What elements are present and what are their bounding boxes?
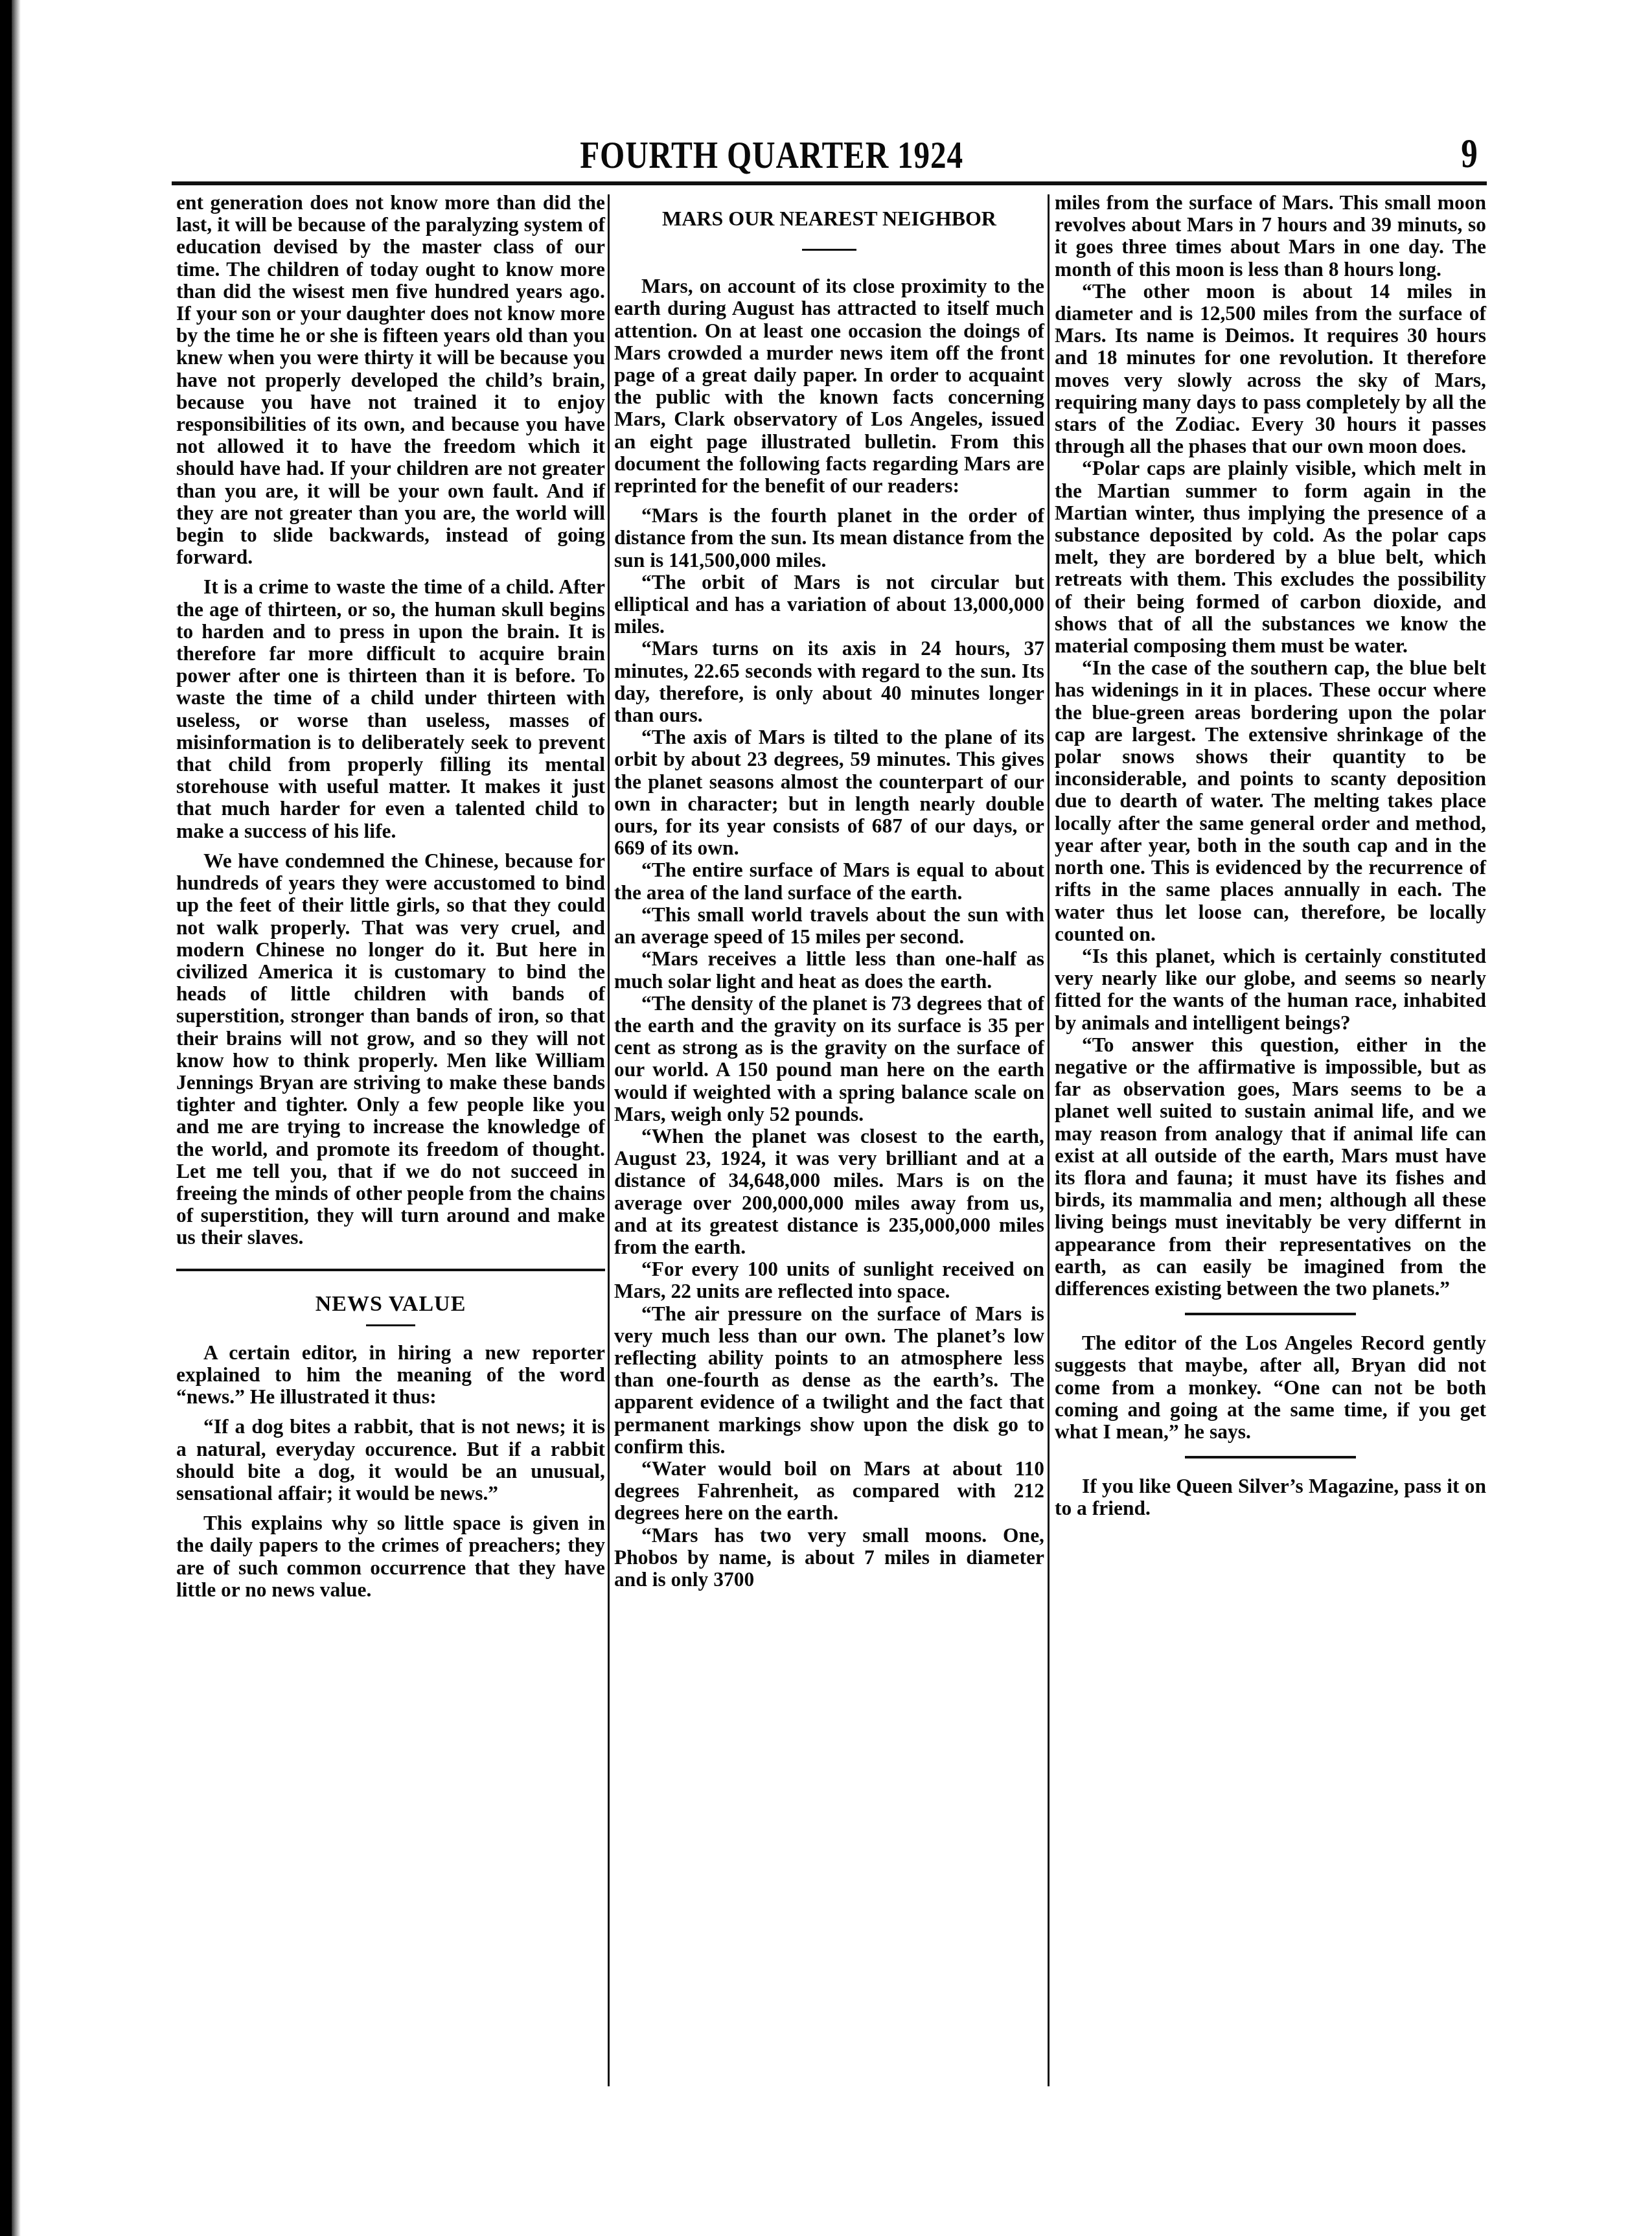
mars-article-title: MARS OUR NEAREST NEIGHBOR xyxy=(614,207,1044,229)
mars-fact: “When the planet was closest to the eart… xyxy=(614,1125,1044,1258)
page-number: 9 xyxy=(1461,130,1478,178)
mars-fact: “The air pressure on the surface of Mars… xyxy=(614,1303,1044,1458)
continued-paragraph: ent generation does not know more than d… xyxy=(176,192,605,568)
mars-fact: “Mars receives a little less than one-ha… xyxy=(614,948,1044,992)
scan-edge-shadow xyxy=(0,0,12,2236)
news-value-paragraph: “If a dog bites a rabbit, that is not ne… xyxy=(176,1416,605,1504)
mars-intro: Mars, on account of its close proximity … xyxy=(614,275,1044,497)
mars-fact: “This small world travels about the sun … xyxy=(614,904,1044,948)
mars-fact: “Mars turns on its axis in 24 hours, 37 … xyxy=(614,638,1044,726)
column-3: miles from the surface of Mars. This sma… xyxy=(1055,192,1486,1520)
mars-fact: “For every 100 units of sunlight receive… xyxy=(614,1258,1044,1302)
mars-fact: “To answer this question, either in the … xyxy=(1055,1034,1486,1300)
mars-fact: “Polar caps are plainly visible, which m… xyxy=(1055,457,1486,657)
news-value-title: NEWS VALUE xyxy=(176,1293,605,1315)
paragraph: We have condemned the Chinese, because f… xyxy=(176,850,605,1249)
column-2: MARS OUR NEAREST NEIGHBOR Mars, on accou… xyxy=(614,192,1044,1591)
mars-fact: “Mars has two very small moons. One, Pho… xyxy=(614,1525,1044,1591)
section-divider xyxy=(1185,1456,1356,1458)
column-divider-1 xyxy=(608,194,610,2086)
mars-fact: “In the case of the southern cap, the bl… xyxy=(1055,657,1486,945)
column-1: ent generation does not know more than d… xyxy=(176,192,605,1601)
mars-fact: “The entire surface of Mars is equal to … xyxy=(614,859,1044,903)
closing-note: If you like Queen Silver’s Magazine, pas… xyxy=(1055,1475,1486,1519)
scan-edge-fade xyxy=(12,0,21,2236)
section-divider xyxy=(1185,1313,1356,1315)
mars-fact: “The density of the planet is 73 degrees… xyxy=(614,993,1044,1125)
mars-fact: “The orbit of Mars is not circular but e… xyxy=(614,571,1044,638)
paragraph: It is a crime to waste the time of a chi… xyxy=(176,576,605,842)
news-value-paragraph: This explains why so little space is giv… xyxy=(176,1512,605,1601)
mars-fact: “Is this planet, which is certainly cons… xyxy=(1055,945,1486,1034)
page-header-title: FOURTH QUARTER 1924 xyxy=(134,133,1489,178)
mars-fact: “Water would boil on Mars at about 110 d… xyxy=(614,1458,1044,1525)
section-divider xyxy=(176,1269,605,1271)
header-title-text: FOURTH QUARTER 1924 xyxy=(580,133,963,178)
bryan-note: The editor of the Los Angeles Record gen… xyxy=(1055,1332,1486,1443)
mars-fact: “The other moon is about 14 miles in dia… xyxy=(1055,281,1486,458)
mars-continued: miles from the surface of Mars. This sma… xyxy=(1055,192,1486,281)
mars-fact: “Mars is the fourth planet in the order … xyxy=(614,505,1044,571)
column-divider-2 xyxy=(1048,194,1050,2086)
header-rule xyxy=(172,181,1487,185)
mars-fact: “The axis of Mars is tilted to the plane… xyxy=(614,726,1044,859)
title-underline xyxy=(366,1324,415,1326)
title-underline xyxy=(802,249,856,251)
news-value-paragraph: A certain editor, in hiring a new report… xyxy=(176,1342,605,1409)
